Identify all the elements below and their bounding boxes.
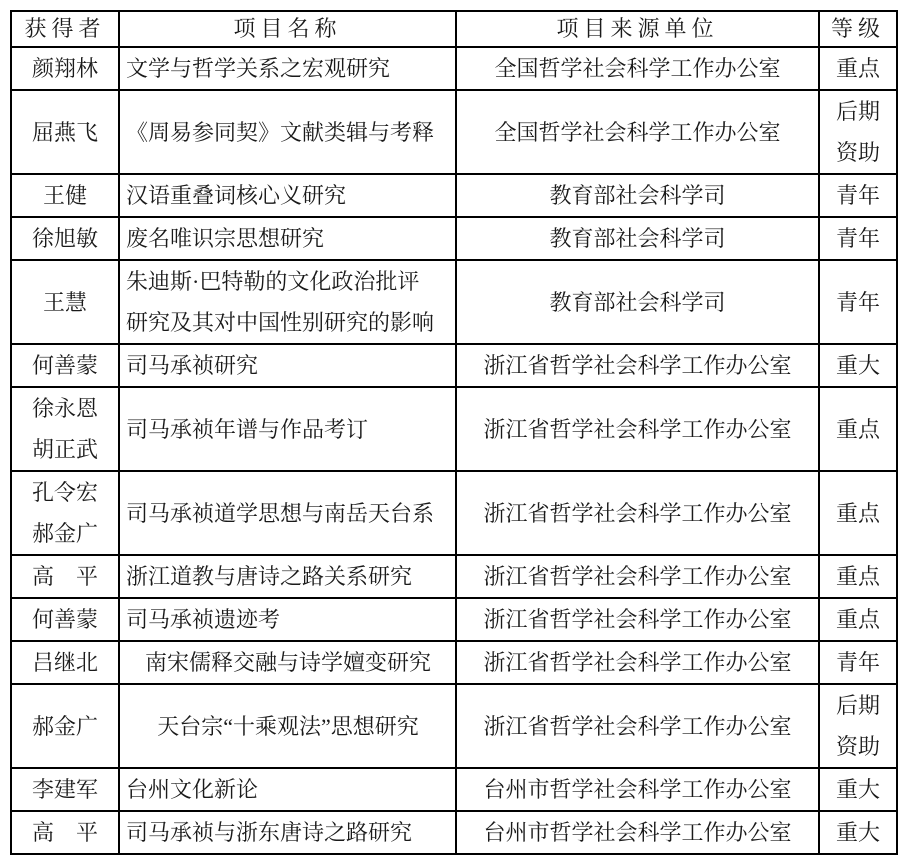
table-row: 孔令宏 郝金广司马承祯道学思想与南岳天台系浙江省哲学社会科学工作办公室重点 [11,471,897,555]
level-cell: 重点 [819,387,897,471]
table-row: 李建军台州文化新论台州市哲学社会科学工作办公室重大 [11,768,897,811]
table-row: 高 平司马承祯与浙东唐诗之路研究台州市哲学社会科学工作办公室重大 [11,811,897,854]
project-cell: 汉语重叠词核心义研究 [119,174,456,217]
source-cell: 台州市哲学社会科学工作办公室 [456,811,819,854]
level-cell: 后期 资助 [819,684,897,768]
table-row: 徐永恩 胡正武司马承祯年谱与作品考订浙江省哲学社会科学工作办公室重点 [11,387,897,471]
table-row: 徐旭敏废名唯识宗思想研究教育部社会科学司青年 [11,217,897,260]
source-cell: 全国哲学社会科学工作办公室 [456,47,819,90]
level-cell: 青年 [819,174,897,217]
table-row: 王健汉语重叠词核心义研究教育部社会科学司青年 [11,174,897,217]
level-cell: 重大 [819,768,897,811]
source-cell: 浙江省哲学社会科学工作办公室 [456,598,819,641]
project-cell: 朱迪斯·巴特勒的文化政治批评 研究及其对中国性别研究的影响 [119,260,456,344]
level-cell: 重点 [819,598,897,641]
source-cell: 教育部社会科学司 [456,260,819,344]
document-page: 获得者 项目名称 项目来源单位 等级 颜翔林文学与哲学关系之宏观研究全国哲学社会… [0,0,904,855]
project-cell: 司马承祯道学思想与南岳天台系 [119,471,456,555]
project-cell: 司马承祯年谱与作品考订 [119,387,456,471]
source-cell: 浙江省哲学社会科学工作办公室 [456,471,819,555]
recipient-cell: 何善蒙 [11,344,119,387]
table-row: 屈燕飞《周易参同契》文献类辑与考释全国哲学社会科学工作办公室后期 资助 [11,90,897,174]
table-row: 高 平浙江道教与唐诗之路关系研究浙江省哲学社会科学工作办公室重点 [11,555,897,598]
recipient-cell: 何善蒙 [11,598,119,641]
header-project-name: 项目名称 [119,11,456,47]
recipient-cell: 高 平 [11,811,119,854]
table-body: 颜翔林文学与哲学关系之宏观研究全国哲学社会科学工作办公室重点屈燕飞《周易参同契》… [11,47,897,854]
recipient-cell: 徐永恩 胡正武 [11,387,119,471]
project-cell: 司马承祯遗迹考 [119,598,456,641]
project-cell: 《周易参同契》文献类辑与考释 [119,90,456,174]
recipient-cell: 王健 [11,174,119,217]
source-cell: 浙江省哲学社会科学工作办公室 [456,555,819,598]
recipient-cell: 颜翔林 [11,47,119,90]
recipient-cell: 孔令宏 郝金广 [11,471,119,555]
table-row: 何善蒙司马承祯研究浙江省哲学社会科学工作办公室重大 [11,344,897,387]
level-cell: 后期 资助 [819,90,897,174]
table-row: 颜翔林文学与哲学关系之宏观研究全国哲学社会科学工作办公室重点 [11,47,897,90]
level-cell: 重点 [819,47,897,90]
source-cell: 教育部社会科学司 [456,217,819,260]
source-cell: 浙江省哲学社会科学工作办公室 [456,641,819,684]
table-row: 郝金广天台宗“十乘观法”思想研究浙江省哲学社会科学工作办公室后期 资助 [11,684,897,768]
table-row: 吕继北南宋儒释交融与诗学嬗变研究浙江省哲学社会科学工作办公室青年 [11,641,897,684]
recipient-cell: 郝金广 [11,684,119,768]
level-cell: 重点 [819,555,897,598]
recipient-cell: 高 平 [11,555,119,598]
header-source-unit: 项目来源单位 [456,11,819,47]
project-cell: 文学与哲学关系之宏观研究 [119,47,456,90]
project-cell: 南宋儒释交融与诗学嬗变研究 [119,641,456,684]
project-cell: 司马承祯与浙东唐诗之路研究 [119,811,456,854]
header-level: 等级 [819,11,897,47]
source-cell: 教育部社会科学司 [456,174,819,217]
header-row: 获得者 项目名称 项目来源单位 等级 [11,11,897,47]
recipient-cell: 吕继北 [11,641,119,684]
project-cell: 司马承祯研究 [119,344,456,387]
source-cell: 台州市哲学社会科学工作办公室 [456,768,819,811]
project-cell: 废名唯识宗思想研究 [119,217,456,260]
level-cell: 重大 [819,344,897,387]
source-cell: 全国哲学社会科学工作办公室 [456,90,819,174]
level-cell: 青年 [819,641,897,684]
recipient-cell: 屈燕飞 [11,90,119,174]
recipient-cell: 王慧 [11,260,119,344]
table-row: 何善蒙司马承祯遗迹考浙江省哲学社会科学工作办公室重点 [11,598,897,641]
table-row: 王慧朱迪斯·巴特勒的文化政治批评 研究及其对中国性别研究的影响教育部社会科学司青… [11,260,897,344]
source-cell: 浙江省哲学社会科学工作办公室 [456,344,819,387]
project-cell: 浙江道教与唐诗之路关系研究 [119,555,456,598]
level-cell: 重点 [819,471,897,555]
source-cell: 浙江省哲学社会科学工作办公室 [456,684,819,768]
level-cell: 青年 [819,260,897,344]
project-cell: 台州文化新论 [119,768,456,811]
level-cell: 青年 [819,217,897,260]
project-cell: 天台宗“十乘观法”思想研究 [119,684,456,768]
awards-table: 获得者 项目名称 项目来源单位 等级 颜翔林文学与哲学关系之宏观研究全国哲学社会… [10,10,898,855]
level-cell: 重大 [819,811,897,854]
recipient-cell: 李建军 [11,768,119,811]
source-cell: 浙江省哲学社会科学工作办公室 [456,387,819,471]
header-recipient: 获得者 [11,11,119,47]
recipient-cell: 徐旭敏 [11,217,119,260]
